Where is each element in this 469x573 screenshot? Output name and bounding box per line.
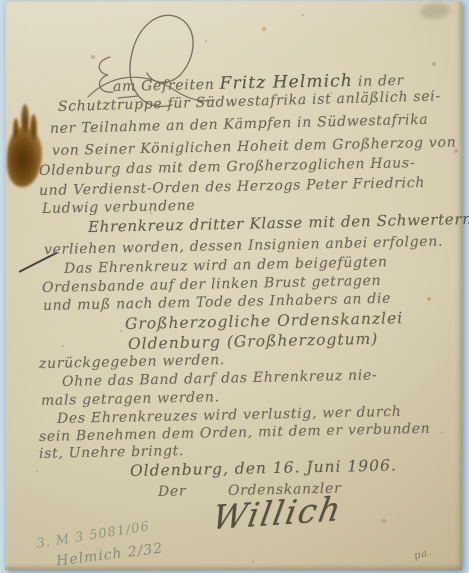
foxing-spots (0, 0, 2, 2)
opening-post: in der (353, 73, 405, 90)
opening-pre: am Gefreiten (113, 77, 220, 95)
closing-der: Der (158, 483, 187, 500)
manuscript-line: ist, Unehre bringt. (39, 443, 185, 462)
ink-stain-streak (13, 118, 19, 142)
ink-stain-streak (21, 104, 29, 136)
ink-stain-streak (30, 114, 37, 142)
document-scan: am Gefreiten Fritz Helmich in der Schutz… (0, 0, 469, 573)
manuscript-line: Ludwig verbundene (42, 198, 196, 217)
